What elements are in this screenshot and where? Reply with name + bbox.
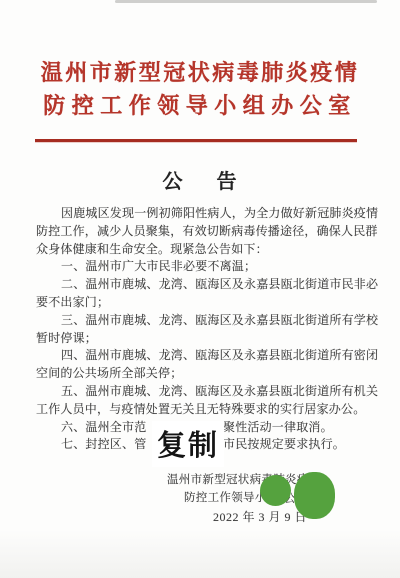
body-line: 二、温州市鹿城、龙湾、瓯海区及永嘉县瓯北街道市民非必 [36, 276, 366, 294]
copy-watermark: 复制 [152, 421, 224, 467]
body-line: 五、温州市鹿城、龙湾、瓯海区及永嘉县瓯北街道所有机关 [36, 383, 366, 401]
body-line: 暂时停课； [36, 330, 366, 348]
body-line: 一、温州市广大市民非必要不离温； [36, 258, 366, 276]
green-sticker-blob-right [294, 472, 335, 519]
issuing-authority-header: 温州市新型冠状病毒肺炎疫情 防控工作领导小组办公室 [0, 55, 400, 122]
header-line-2: 防控工作领导小组办公室 [0, 90, 400, 122]
body-line: 空间的公共场所全部关停； [36, 365, 366, 383]
signature-date: 2022 年 3 月 9 日 [213, 508, 307, 525]
body-line-6-left-fragment: 六、温州全市范 [61, 420, 146, 434]
scan-artifact-top-edge [115, 0, 377, 3]
document-title: 公 告 [0, 165, 400, 194]
signature-authority-line-2: 防控工作领导小 [184, 489, 267, 505]
body-line: 三、温州市鹿城、龙湾、瓯海区及永嘉县瓯北街道所有学校 [36, 312, 366, 330]
announcement-body: 因鹿城区发现一例初筛阳性病人，为全力做好新冠肺炎疫情 防控工作，减少人员聚集，有… [36, 205, 366, 454]
green-sticker-blob-left [260, 475, 291, 506]
body-line: 防控工作，减少人员聚集，有效切断病毒传播途径，确保人民群 [36, 223, 366, 241]
scan-artifact-bottom-shade [0, 530, 400, 578]
body-line: 工作人员中，与疫情处置无关且无特殊要求的实行居家办公。 [36, 401, 366, 419]
header-divider-rule [35, 139, 357, 142]
body-line: 众身体健康和生命安全。现紧急公告如下： [36, 241, 366, 259]
body-line: 要不出家门； [36, 294, 366, 312]
header-line-1: 温州市新型冠状病毒肺炎疫情 [0, 55, 400, 90]
body-line-7-left-fragment: 七、封控区、管 [61, 437, 146, 451]
body-line-6-right-fragment: 聚性活动一律取消。 [223, 419, 333, 437]
body-line: 四、温州市鹿城、龙湾、瓯海区及永嘉县瓯北街道所有密闭 [36, 347, 366, 365]
body-line-7-right-fragment: 市民按规定要求执行。 [223, 436, 345, 454]
scanned-announcement-page: 温州市新型冠状病毒肺炎疫情 防控工作领导小组办公室 公 告 因鹿城区发现一例初筛… [0, 0, 400, 578]
body-line: 因鹿城区发现一例初筛阳性病人，为全力做好新冠肺炎疫情 [36, 205, 366, 223]
